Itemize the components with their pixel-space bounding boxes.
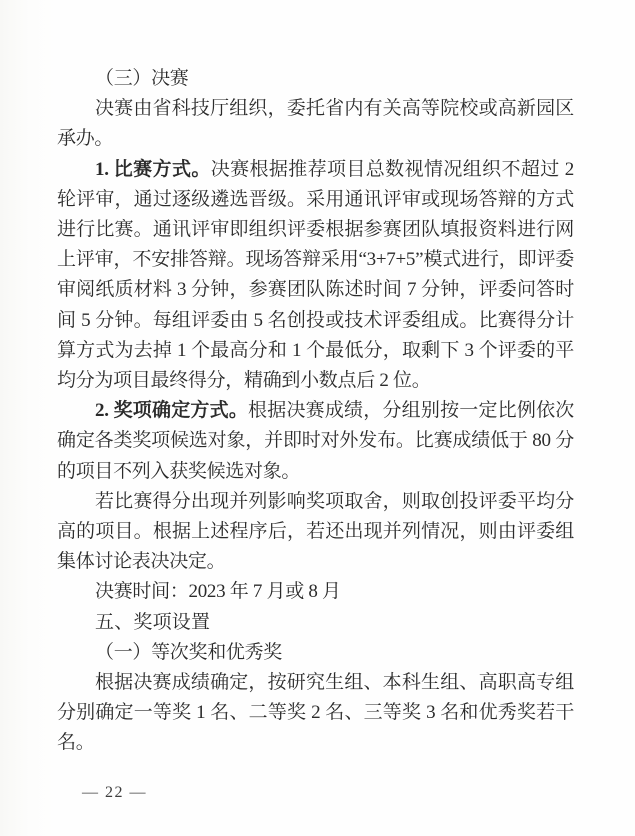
para-award-method: 2. 奖项确定方式。根据决赛成绩，分组别按一定比例依次确定各类奖项候选对象，并即… [57,396,574,487]
page-number: — 22 — [82,784,147,802]
para-competition-method-text: 决赛根据推荐项目总数视情况组织不超过 2 轮评审，通过逐级遴选晋级。采用通讯评审… [57,159,574,391]
heading-rank-awards: （一）等次奖和优秀奖 [57,638,574,668]
heading-final-round: （三）决赛 [57,64,574,94]
para-final-time: 决赛时间：2023 年 7 月或 8 月 [57,577,574,607]
para-competition-method: 1. 比赛方式。决赛根据推荐项目总数视情况组织不超过 2 轮评审，通过逐级遴选晋… [57,155,574,397]
para-tiebreak: 若比赛得分出现并列影响奖项取舍，则取创投评委平均分高的项目。根据上述程序后，若还… [57,487,574,578]
document-body: （三）决赛 决赛由省科技厅组织，委托省内有关高等院校或高新园区承办。 1. 比赛… [57,64,574,759]
para-award-method-lead: 2. 奖项确定方式。 [95,400,248,421]
document-page: （三）决赛 决赛由省科技厅组织，委托省内有关高等院校或高新园区承办。 1. 比赛… [0,0,635,836]
para-competition-method-lead: 1. 比赛方式。 [95,159,211,180]
para-rank-awards: 根据决赛成绩确定，按研究生组、本科生组、高职高专组分别确定一等奖 1 名、二等奖… [57,668,574,759]
para-organizer: 决赛由省科技厅组织，委托省内有关高等院校或高新园区承办。 [57,94,574,154]
heading-award-setup: 五、奖项设置 [57,608,574,638]
